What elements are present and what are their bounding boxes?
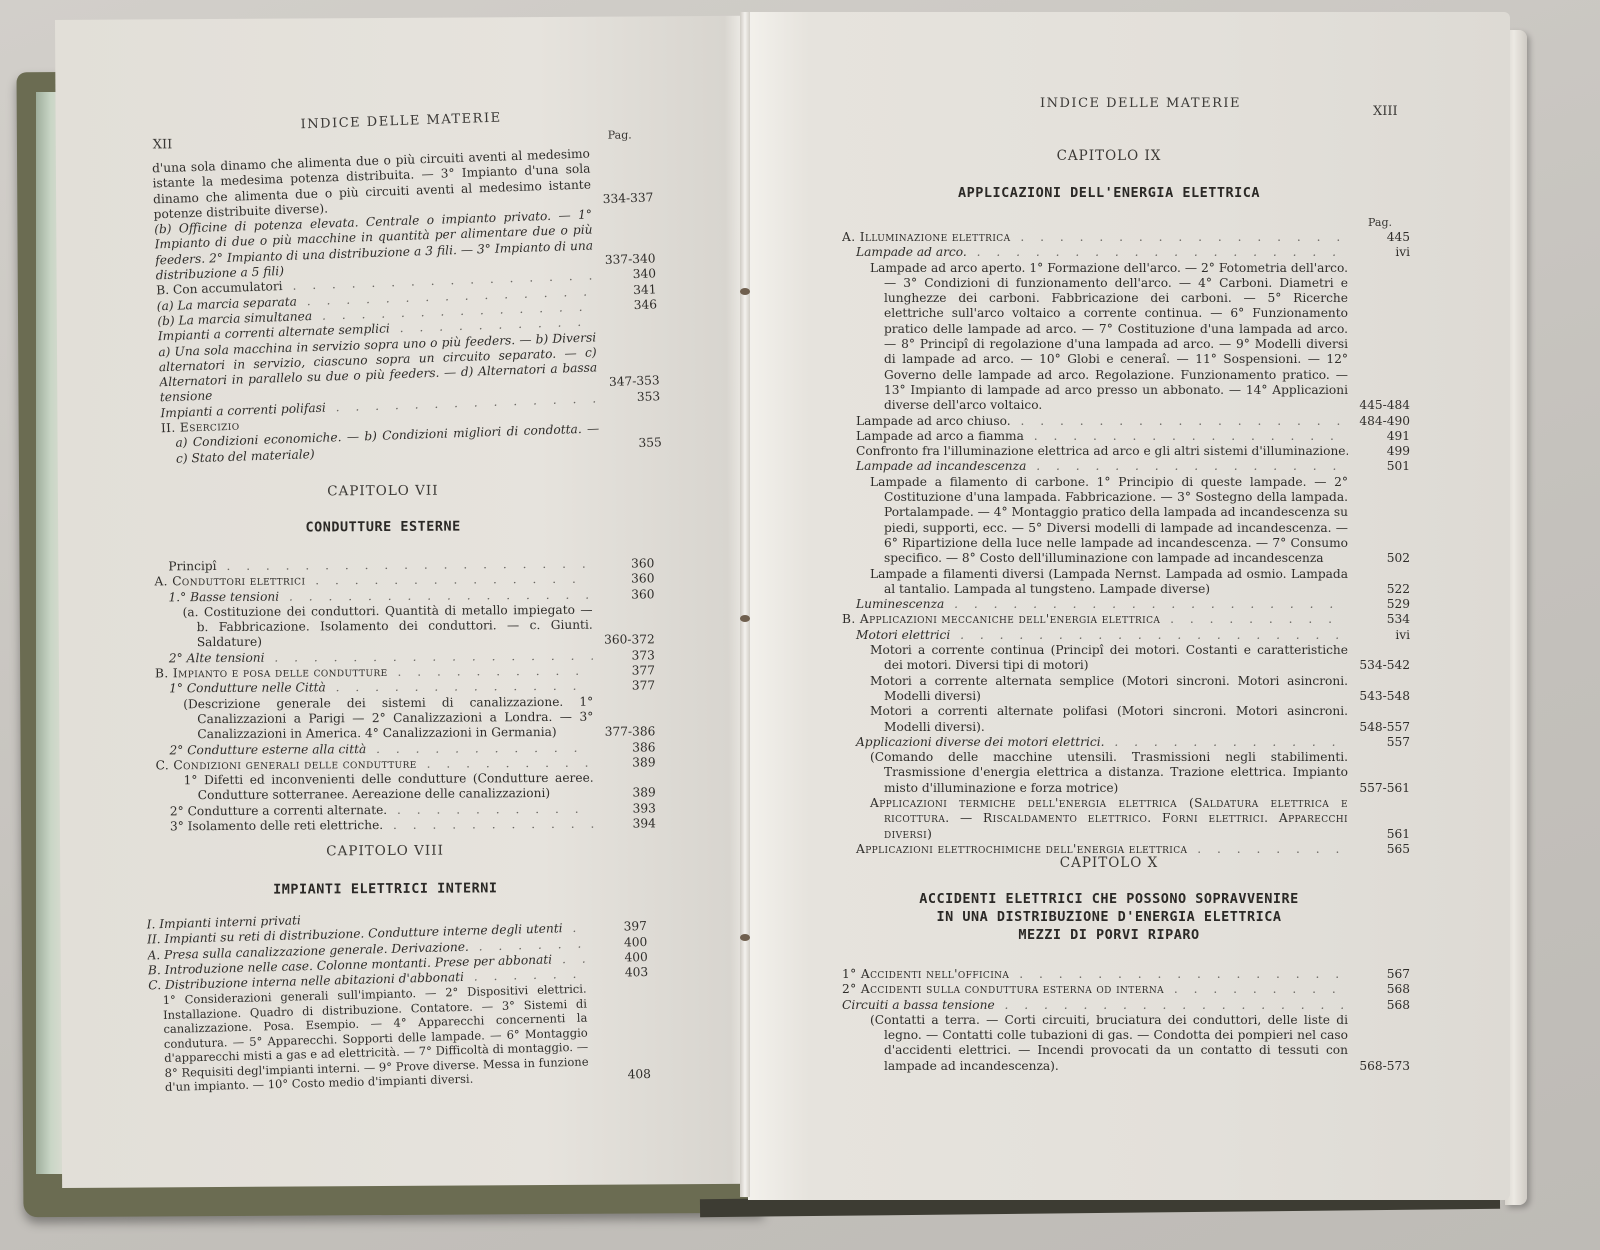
right-page: INDICE DELLE MATERIE XIII CAPITOLO IX AP… (748, 12, 1510, 1200)
chapter-x-title-line: MEZZI DI PORVI RIPARO (748, 926, 1490, 944)
chapter-vii-title: CONDUTTURE ESTERNE (55, 516, 728, 538)
binding-stitch (740, 615, 750, 622)
binding-stitch (740, 288, 750, 295)
toc-entry: 2° Accidenti sulla conduttura esterna od… (842, 982, 1410, 997)
left-toc-continued: d'una sola dinamo che alimenta due o più… (152, 144, 662, 467)
chapter-x-title-line: ACCIDENTI ELETTRICI CHE POSSONO SOPRAVVE… (748, 890, 1490, 908)
toc-entry: Motori a corrente alternata semplice (Mo… (842, 674, 1410, 705)
binding-stitch (740, 934, 750, 941)
book-gutter (740, 12, 750, 1197)
toc-entry: Lampade ad incandescenza 501 (842, 459, 1410, 474)
chapter-x-toc: 1° Accidenti nell'officina 567 2° Accide… (842, 967, 1410, 1074)
chapter-vii-toc: Principî 360 A. Conduttori elettrici 360… (154, 556, 656, 834)
chapter-ix-label: CAPITOLO IX (748, 148, 1490, 164)
chapter-viii-label: CAPITOLO VIII (55, 841, 730, 861)
left-pag-label: Pag. (608, 128, 632, 141)
chapter-x-title: ACCIDENTI ELETTRICI CHE POSSONO SOPRAVVE… (748, 890, 1490, 944)
chapter-viii-title: IMPIANTI ELETTRICI INTERNI (55, 878, 730, 900)
chapter-vii-label: CAPITOLO VII (55, 481, 728, 501)
toc-entry: A. Illuminazione elettrica 445 (842, 230, 1410, 245)
left-page: XII INDICE DELLE MATERIE Pag. d'una sola… (55, 16, 752, 1188)
chapter-x-title-line: IN UNA DISTRIBUZIONE D'ENERGIA ELETTRICA (748, 908, 1490, 926)
toc-entry: Lampade ad arco a fiamma 491 (842, 429, 1410, 444)
toc-entry: 1° Considerazioni generali sull'impianto… (149, 980, 652, 1095)
toc-entry: Motori a corrente continua (Principî dei… (842, 643, 1410, 674)
left-folio: XII (153, 137, 173, 152)
toc-entry: 3° Isolamento delle reti elettriche. 394 (156, 816, 656, 834)
chapter-ix-title: APPLICAZIONI DELL'ENERGIA ELETTRICA (748, 184, 1490, 202)
chapter-viii-toc: I. Impianti interni privati II. Impianti… (146, 904, 651, 1095)
toc-entry: (Comando delle macchine utensili. Trasmi… (842, 750, 1410, 796)
toc-entry: Motori a correnti alternate polifasi (Mo… (842, 704, 1410, 735)
right-folio: XIII (1373, 104, 1398, 119)
toc-entry: Applicazioni diverse dei motori elettric… (842, 735, 1410, 750)
chapter-x-label: CAPITOLO X (748, 855, 1490, 871)
toc-entry: (Contatti a terra. — Corti circuiti, bru… (842, 1013, 1410, 1074)
toc-entry: (Descrizione generale dei sistemi di can… (155, 694, 655, 743)
right-running-head: INDICE DELLE MATERIE (1040, 96, 1241, 111)
toc-entry: 1° Accidenti nell'officina 567 (842, 967, 1410, 982)
chapter-ix-toc: A. Illuminazione elettrica 445 Lampade a… (842, 230, 1410, 857)
right-pag-label: Pag. (1368, 216, 1392, 229)
toc-entry: Lampade a filamento di carbone. 1° Princ… (842, 475, 1410, 567)
toc-entry: Lampade ad arco aperto. 1° Formazione de… (842, 261, 1410, 414)
toc-entry: Motori elettrici ivi (842, 628, 1410, 643)
toc-entry: Lampade a filamenti diversi (Lampada Ner… (842, 567, 1410, 598)
toc-entry: Luminescenza 529 (842, 597, 1410, 612)
toc-entry: Applicazioni termiche dell'energia elett… (842, 796, 1410, 842)
toc-entry: Lampade ad arco chiuso. 484-490 (842, 414, 1410, 429)
toc-entry: Lampade ad arco. ivi (842, 245, 1410, 260)
toc-entry: Confronto fra l'illuminazione elettrica … (842, 444, 1410, 459)
toc-entry: Circuiti a bassa tensione 568 (842, 998, 1410, 1013)
toc-entry: 1° Difetti ed inconvenienti delle condut… (156, 771, 656, 805)
toc-entry: B. Applicazioni meccaniche dell'energia … (842, 612, 1410, 627)
left-running-head: INDICE DELLE MATERIE (300, 110, 501, 132)
toc-entry: (a. Costituzione dei conduttori. Quantit… (155, 602, 655, 651)
